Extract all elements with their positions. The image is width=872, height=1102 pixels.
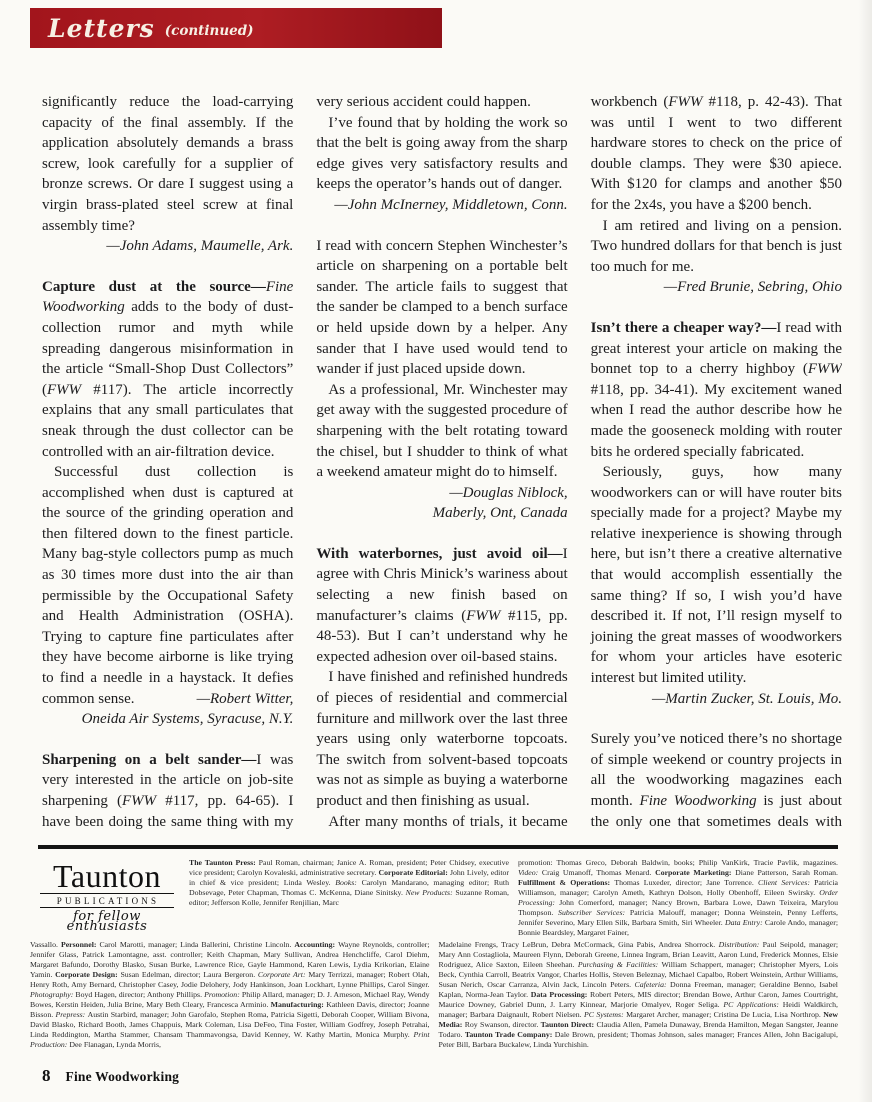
taunton-wordmark: Taunton xyxy=(40,860,174,892)
letters-columns: significantly reduce the load-carrying c… xyxy=(42,92,842,832)
text-run: New Products: xyxy=(406,888,456,897)
masthead-divider-rule xyxy=(38,845,838,849)
text-run: —Fred Brunie, Sebring, Ohio xyxy=(664,279,842,295)
text-run: Data Entry: xyxy=(725,918,765,927)
text-run: FWW xyxy=(466,608,500,624)
text-run: Diane Patterson, Sarah Roman. xyxy=(735,868,838,877)
text-run: Manufacturing: xyxy=(271,1000,327,1009)
text-run: #118, p. 42-43). That was until I went t… xyxy=(591,94,842,213)
page-title: Letters xyxy=(48,14,155,43)
letter-paragraph: I’ve found that by holding the work so t… xyxy=(316,113,567,195)
text-run: Personnel: xyxy=(61,940,100,949)
text-run: Promotion: xyxy=(204,990,242,999)
letter-paragraph: Isn’t there a cheaper way?—I read with g… xyxy=(591,318,842,462)
letter-paragraph: After many months of trials, it became c… xyxy=(316,812,567,832)
letter-paragraph: very serious accident could happen. xyxy=(316,92,567,113)
taunton-publications-label: PUBLICATIONS xyxy=(40,893,174,908)
text-run: Oneida Air Systems, Syracuse, N.Y. xyxy=(82,711,294,727)
text-run: promotion: Thomas Greco, Deborah Baldwin… xyxy=(518,858,838,867)
letter-signature: —Fred Brunie, Sebring, Ohio xyxy=(591,277,842,298)
masthead-bottom-row: Vassallo. Personnel: Carol Marotti, mana… xyxy=(30,940,838,1050)
masthead: Taunton PUBLICATIONS for fellow enthusia… xyxy=(30,858,838,1050)
letter-signature: —Martin Zucker, St. Louis, Mo. xyxy=(591,689,842,710)
masthead-top-row: Taunton PUBLICATIONS for fellow enthusia… xyxy=(30,858,838,938)
text-run: Client Services: xyxy=(758,878,814,887)
text-run: Austin Starbird, manager; John Garofalo,… xyxy=(30,1010,430,1039)
text-run: —John Adams, Maumelle, Ark. xyxy=(106,238,293,254)
text-run: Subscriber Services: xyxy=(558,908,630,917)
letters-column: very serious accident could happen.I’ve … xyxy=(316,92,567,832)
text-run: Sharpening on a belt sander— xyxy=(42,752,256,768)
text-run: Fulfillment & Operations: xyxy=(518,878,614,887)
text-run: Cafeteria: xyxy=(635,980,671,989)
text-run: Vassallo. xyxy=(30,940,61,949)
text-run: I am retired and living on a pension. Tw… xyxy=(591,218,842,275)
letter-paragraph: I have finished and refinished hundreds … xyxy=(316,667,567,811)
text-run: Maberly, Ont, Canada xyxy=(433,505,568,521)
text-run: Successful dust collection is accomplish… xyxy=(42,464,293,707)
text-run: Taunton Trade Company: xyxy=(465,1030,555,1039)
text-run: —Douglas Niblock, xyxy=(449,485,567,501)
text-run: Data Processing: xyxy=(531,990,590,999)
text-run: Margaret Archer, manager; Cristina De Lu… xyxy=(626,1010,823,1019)
text-run: Seriously, guys, how many woodworkers ca… xyxy=(591,464,842,686)
text-run: As a professional, Mr. Winchester may ge… xyxy=(316,382,567,480)
letter-paragraph: Surely you’ve noticed there’s no shortag… xyxy=(591,729,842,832)
text-run: FWW xyxy=(668,94,702,110)
masthead-text-bottom-right: Madelaine Frengs, Tracy LeBrun, Debra Mc… xyxy=(439,940,839,1050)
text-run: Taunton Direct: xyxy=(541,1020,597,1029)
taunton-tagline: for fellow enthusiasts xyxy=(40,912,174,932)
scan-edge-shading xyxy=(858,0,872,1102)
text-run: very serious accident could happen. xyxy=(316,94,531,110)
letter-signature: Oneida Air Systems, Syracuse, N.Y. xyxy=(42,709,293,730)
letter-paragraph: significantly reduce the load-carrying c… xyxy=(42,92,293,236)
text-run: Fine Woodworking xyxy=(640,793,757,809)
text-run: Thomas Luxeder, director; Jane Torrence. xyxy=(614,878,758,887)
text-run: Roy Swanson, director. xyxy=(465,1020,541,1029)
text-run: workbench ( xyxy=(591,94,669,110)
text-run: Photography: xyxy=(30,990,75,999)
letter-paragraph: Successful dust collection is accomplish… xyxy=(42,462,293,709)
text-run: Books: xyxy=(335,878,361,887)
text-run: Corporate Marketing: xyxy=(655,868,735,877)
text-run: The Taunton Press: xyxy=(189,858,259,867)
letter-paragraph: workbench (FWW #118, p. 42-43). That was… xyxy=(591,92,842,216)
letter-paragraph: I am retired and living on a pension. Tw… xyxy=(591,216,842,278)
text-run: Boyd Hagen, director; Anthony Phillips. xyxy=(75,990,204,999)
text-run: Isn’t there a cheaper way?— xyxy=(591,320,777,336)
text-run: Distribution: xyxy=(719,940,763,949)
text-run: Video: xyxy=(518,868,542,877)
text-run: Accounting: xyxy=(294,940,338,949)
text-run: Capture dust at the source— xyxy=(42,279,266,295)
letter-paragraph: As a professional, Mr. Winchester may ge… xyxy=(316,380,567,483)
text-run: PC Applications: xyxy=(723,1000,782,1009)
text-run: Purchasing & Facilities: xyxy=(578,960,662,969)
page-number: 8 xyxy=(42,1066,51,1086)
page-title-continued-label: (continued) xyxy=(165,17,254,39)
letter-paragraph: With waterbornes, just avoid oil—I agree… xyxy=(316,544,567,668)
text-run: After many months of trials, it became c… xyxy=(316,814,567,832)
text-run: I read with concern Stephen Winchester’s… xyxy=(316,238,567,378)
text-run: —Robert Witter, xyxy=(185,689,294,710)
letter-paragraph: Seriously, guys, how many woodworkers ca… xyxy=(591,462,842,689)
text-run: I have finished and refinished hundreds … xyxy=(316,669,567,809)
letter-signature: —John Adams, Maumelle, Ark. xyxy=(42,236,293,257)
text-run: #118, pp. 34-41). My excitement waned wh… xyxy=(591,382,842,460)
taunton-logo: Taunton PUBLICATIONS for fellow enthusia… xyxy=(30,858,180,938)
letter-signature: Maberly, Ont, Canada xyxy=(316,503,567,524)
text-run: With waterbornes, just avoid oil— xyxy=(316,546,562,562)
text-run: Madelaine Frengs, Tracy LeBrun, Debra Mc… xyxy=(439,940,719,949)
letter-paragraph: Capture dust at the source—Fine Woodwork… xyxy=(42,277,293,462)
text-run: Prepress: xyxy=(56,1010,88,1019)
text-run: I’ve found that by holding the work so t… xyxy=(316,115,567,193)
masthead-text-top-left: The Taunton Press: Paul Roman, chairman;… xyxy=(189,858,509,938)
page-footer: 8 Fine Woodworking xyxy=(42,1066,872,1086)
text-run: Carol Marotti, manager; Linda Ballerini,… xyxy=(99,940,294,949)
text-run: Corporate Art: xyxy=(258,970,308,979)
text-run: Corporate Design: xyxy=(55,970,120,979)
text-run: PC Systems: xyxy=(584,1010,626,1019)
masthead-text-top-right: promotion: Thomas Greco, Deborah Baldwin… xyxy=(518,858,838,938)
letters-column: significantly reduce the load-carrying c… xyxy=(42,92,293,832)
text-run: significantly reduce the load-carrying c… xyxy=(42,94,293,234)
text-run: Dee Flanagan, Lynda Morris, xyxy=(69,1040,161,1049)
text-run: FWW xyxy=(808,361,842,377)
letter-signature: —Douglas Niblock, xyxy=(316,483,567,504)
text-run: FWW xyxy=(122,793,156,809)
text-run: FWW xyxy=(47,382,81,398)
letter-paragraph: Sharpening on a belt sander—I was very i… xyxy=(42,750,293,832)
letter-paragraph: I read with concern Stephen Winchester’s… xyxy=(316,236,567,380)
text-run: Susan Edelman, director; Laura Bergeron. xyxy=(120,970,257,979)
letter-signature: —John McInerney, Middletown, Conn. xyxy=(316,195,567,216)
text-run: —John McInerney, Middletown, Conn. xyxy=(334,197,567,213)
masthead-text-bottom-left: Vassallo. Personnel: Carol Marotti, mana… xyxy=(30,940,430,1050)
letters-header-banner: Letters (continued) xyxy=(30,8,442,48)
letters-column: workbench (FWW #118, p. 42-43). That was… xyxy=(591,92,842,832)
magazine-name: Fine Woodworking xyxy=(66,1069,180,1085)
text-run: Corporate Editorial: xyxy=(379,868,450,877)
text-run: Craig Umanoff, Thomas Menard. xyxy=(542,868,655,877)
text-run: —Martin Zucker, St. Louis, Mo. xyxy=(652,691,842,707)
